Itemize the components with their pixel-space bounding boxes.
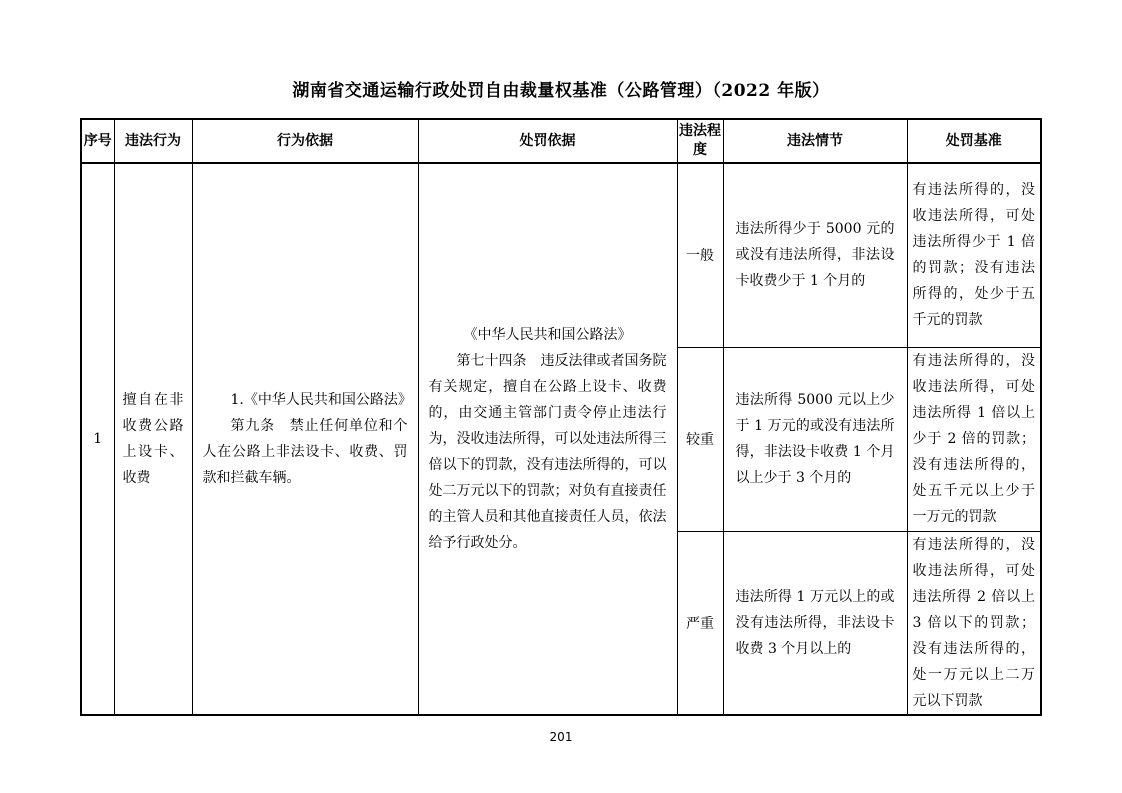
standard-text-serious: 有违法所得的，没收违法所得，可处违法所得 1 倍以上少于 2 倍的罚款；没有违法…: [913, 348, 1036, 530]
circumstances-cell-severe: 违法所得 1 万元以上的或没有违法所得，非法设卡收费 3 个月以上的: [723, 531, 907, 715]
header-seq: 序号: [81, 119, 114, 163]
degree-cell-severe: 严重: [677, 531, 723, 715]
header-penalty-basis: 处罚依据: [418, 119, 677, 163]
penalty-basis-cell: 《中华人民共和国公路法》 第七十四条 违反法律或者国务院有关规定，擅自在公路上设…: [418, 163, 677, 715]
header-penalty-standard: 处罚基准: [907, 119, 1041, 163]
circumstances-cell-serious: 违法所得 5000 元以上少于 1 万元的或没有违法所得，非法设卡收费 1 个月…: [723, 347, 907, 531]
circumstances-text-general: 违法所得少于 5000 元的或没有违法所得，非法设卡收费少于 1 个月的: [736, 216, 895, 294]
standard-text-severe: 有违法所得的，没收违法所得，可处违法所得 2 倍以上 3 倍以下的罚款；没有违法…: [913, 532, 1036, 714]
header-circumstances: 违法情节: [723, 119, 907, 163]
circumstances-text-severe: 违法所得 1 万元以上的或没有违法所得，非法设卡收费 3 个月以上的: [736, 584, 895, 662]
behavior-text: 擅自在非收费公路上设卡、收费: [123, 387, 184, 491]
behavior-basis-law: 1.《中华人民共和国公路法》: [203, 387, 408, 413]
standard-cell-serious: 有违法所得的，没收违法所得，可处违法所得 1 倍以上少于 2 倍的罚款；没有违法…: [907, 347, 1041, 531]
behavior-basis-article: 第九条 禁止任何单位和个人在公路上非法设卡、收费、罚款和拦截车辆。: [203, 413, 408, 491]
behavior-cell: 擅自在非收费公路上设卡、收费: [114, 163, 192, 715]
standard-text-general: 有违法所得的，没收违法所得，可处违法所得少于 1 倍的罚款；没有违法所得的，处少…: [913, 177, 1036, 333]
table-header-row: 序号 违法行为 行为依据 处罚依据 违法程度 违法情节 处罚基准: [81, 119, 1041, 163]
page-number: 201: [0, 730, 1122, 744]
circumstances-text-serious: 违法所得 5000 元以上少于 1 万元的或没有违法所得，非法设卡收费 1 个月…: [736, 387, 895, 491]
penalty-standards-table: 序号 违法行为 行为依据 处罚依据 违法程度 违法情节 处罚基准 1 擅自在非收…: [80, 118, 1042, 716]
header-behavior-basis: 行为依据: [192, 119, 418, 163]
seq-cell: 1: [81, 163, 114, 715]
penalty-basis-article: 第七十四条 违反法律或者国务院有关规定，擅自在公路上设卡、收费的，由交通主管部门…: [429, 348, 667, 556]
header-degree: 违法程度: [677, 119, 723, 163]
page-title: 湖南省交通运输行政处罚自由裁量权基准（公路管理）（2022 年版）: [0, 76, 1122, 101]
header-behavior: 违法行为: [114, 119, 192, 163]
circumstances-cell-general: 违法所得少于 5000 元的或没有违法所得，非法设卡收费少于 1 个月的: [723, 163, 907, 347]
table-row-general: 1 擅自在非收费公路上设卡、收费 1.《中华人民共和国公路法》 第九条 禁止任何…: [81, 163, 1041, 347]
degree-cell-general: 一般: [677, 163, 723, 347]
behavior-basis-cell: 1.《中华人民共和国公路法》 第九条 禁止任何单位和个人在公路上非法设卡、收费、…: [192, 163, 418, 715]
standard-cell-general: 有违法所得的，没收违法所得，可处违法所得少于 1 倍的罚款；没有违法所得的，处少…: [907, 163, 1041, 347]
penalty-basis-law: 《中华人民共和国公路法》: [429, 322, 667, 348]
degree-cell-serious: 较重: [677, 347, 723, 531]
standard-cell-severe: 有违法所得的，没收违法所得，可处违法所得 2 倍以上 3 倍以下的罚款；没有违法…: [907, 531, 1041, 715]
